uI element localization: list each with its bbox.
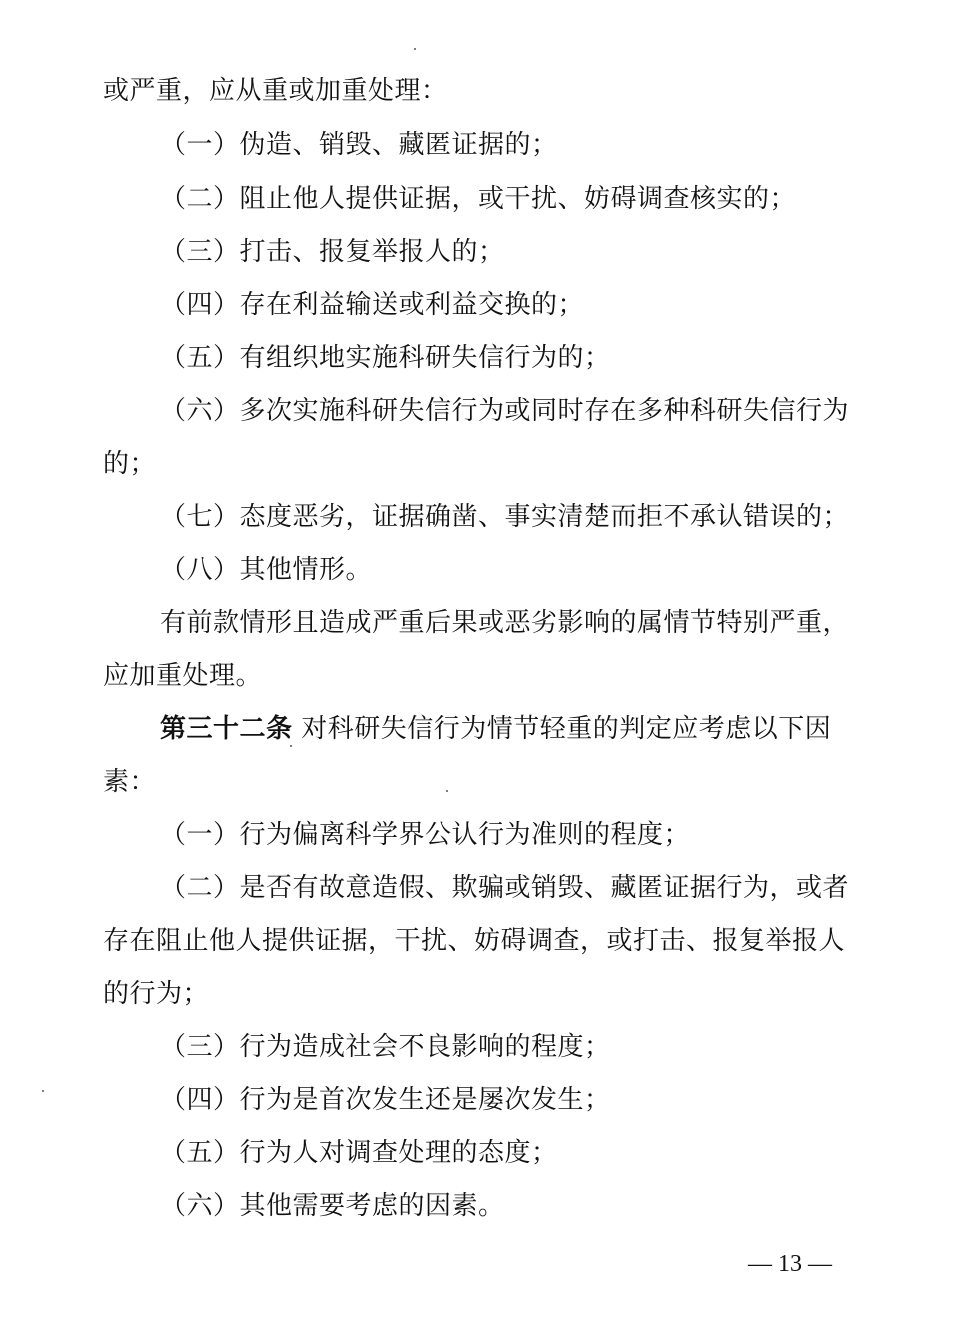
list-item: （二）是否有故意造假、欺骗或销毁、藏匿证据行为，或者 [160, 873, 849, 903]
text-line-continuation: 或严重，应从重或加重处理： [103, 76, 448, 106]
document-page: 或严重，应从重或加重处理： （一）伪造、销毁、藏匿证据的； （二）阻止他人提供证… [0, 0, 965, 1334]
list-item: （一）行为偏离科学界公认行为准则的程度； [160, 820, 690, 850]
text-line-continuation: 应加重处理。 [103, 661, 262, 691]
list-item: （二）阻止他人提供证据，或干扰、妨碍调查核实的； [160, 184, 796, 214]
list-item: （七）态度恶劣，证据确凿、事实清楚而拒不承认错误的； [160, 502, 849, 532]
scan-speck [290, 745, 292, 747]
text-line-continuation: 的； [103, 449, 156, 479]
list-item: （三）行为造成社会不良影响的程度； [160, 1032, 611, 1062]
scan-speck [446, 790, 448, 792]
list-item: （五）有组织地实施科研失信行为的； [160, 343, 611, 373]
list-item: （五）行为人对调查处理的态度； [160, 1138, 558, 1168]
scan-speck [42, 1090, 44, 1092]
list-item: （一）伪造、销毁、藏匿证据的； [160, 130, 558, 160]
list-item: （四）行为是首次发生还是屡次发生； [160, 1085, 611, 1115]
text-line-continuation: 的行为； [103, 979, 209, 1009]
list-item: （四）存在利益输送或利益交换的； [160, 290, 584, 320]
text-line-continuation: 素： [103, 767, 156, 797]
article-paragraph: 第三十二条 对科研失信行为情节轻重的判定应考虑以下因 [160, 714, 831, 744]
list-item: （三）打击、报复举报人的； [160, 237, 505, 267]
article-text: 对科研失信行为情节轻重的判定应考虑以下因 [301, 714, 831, 744]
list-item: （六）多次实施科研失信行为或同时存在多种科研失信行为 [160, 396, 849, 426]
paragraph: 有前款情形且造成严重后果或恶劣影响的属情节特别严重， [160, 608, 849, 638]
list-item: （八）其他情形。 [160, 555, 372, 585]
text-line-continuation: 存在阻止他人提供证据，干扰、妨碍调查，或打击、报复举报人 [103, 926, 845, 956]
scan-speck [414, 48, 416, 50]
article-label: 第三十二条 [160, 714, 293, 744]
list-item: （六）其他需要考虑的因素。 [160, 1191, 505, 1221]
page-number: — 13 — [748, 1249, 832, 1279]
